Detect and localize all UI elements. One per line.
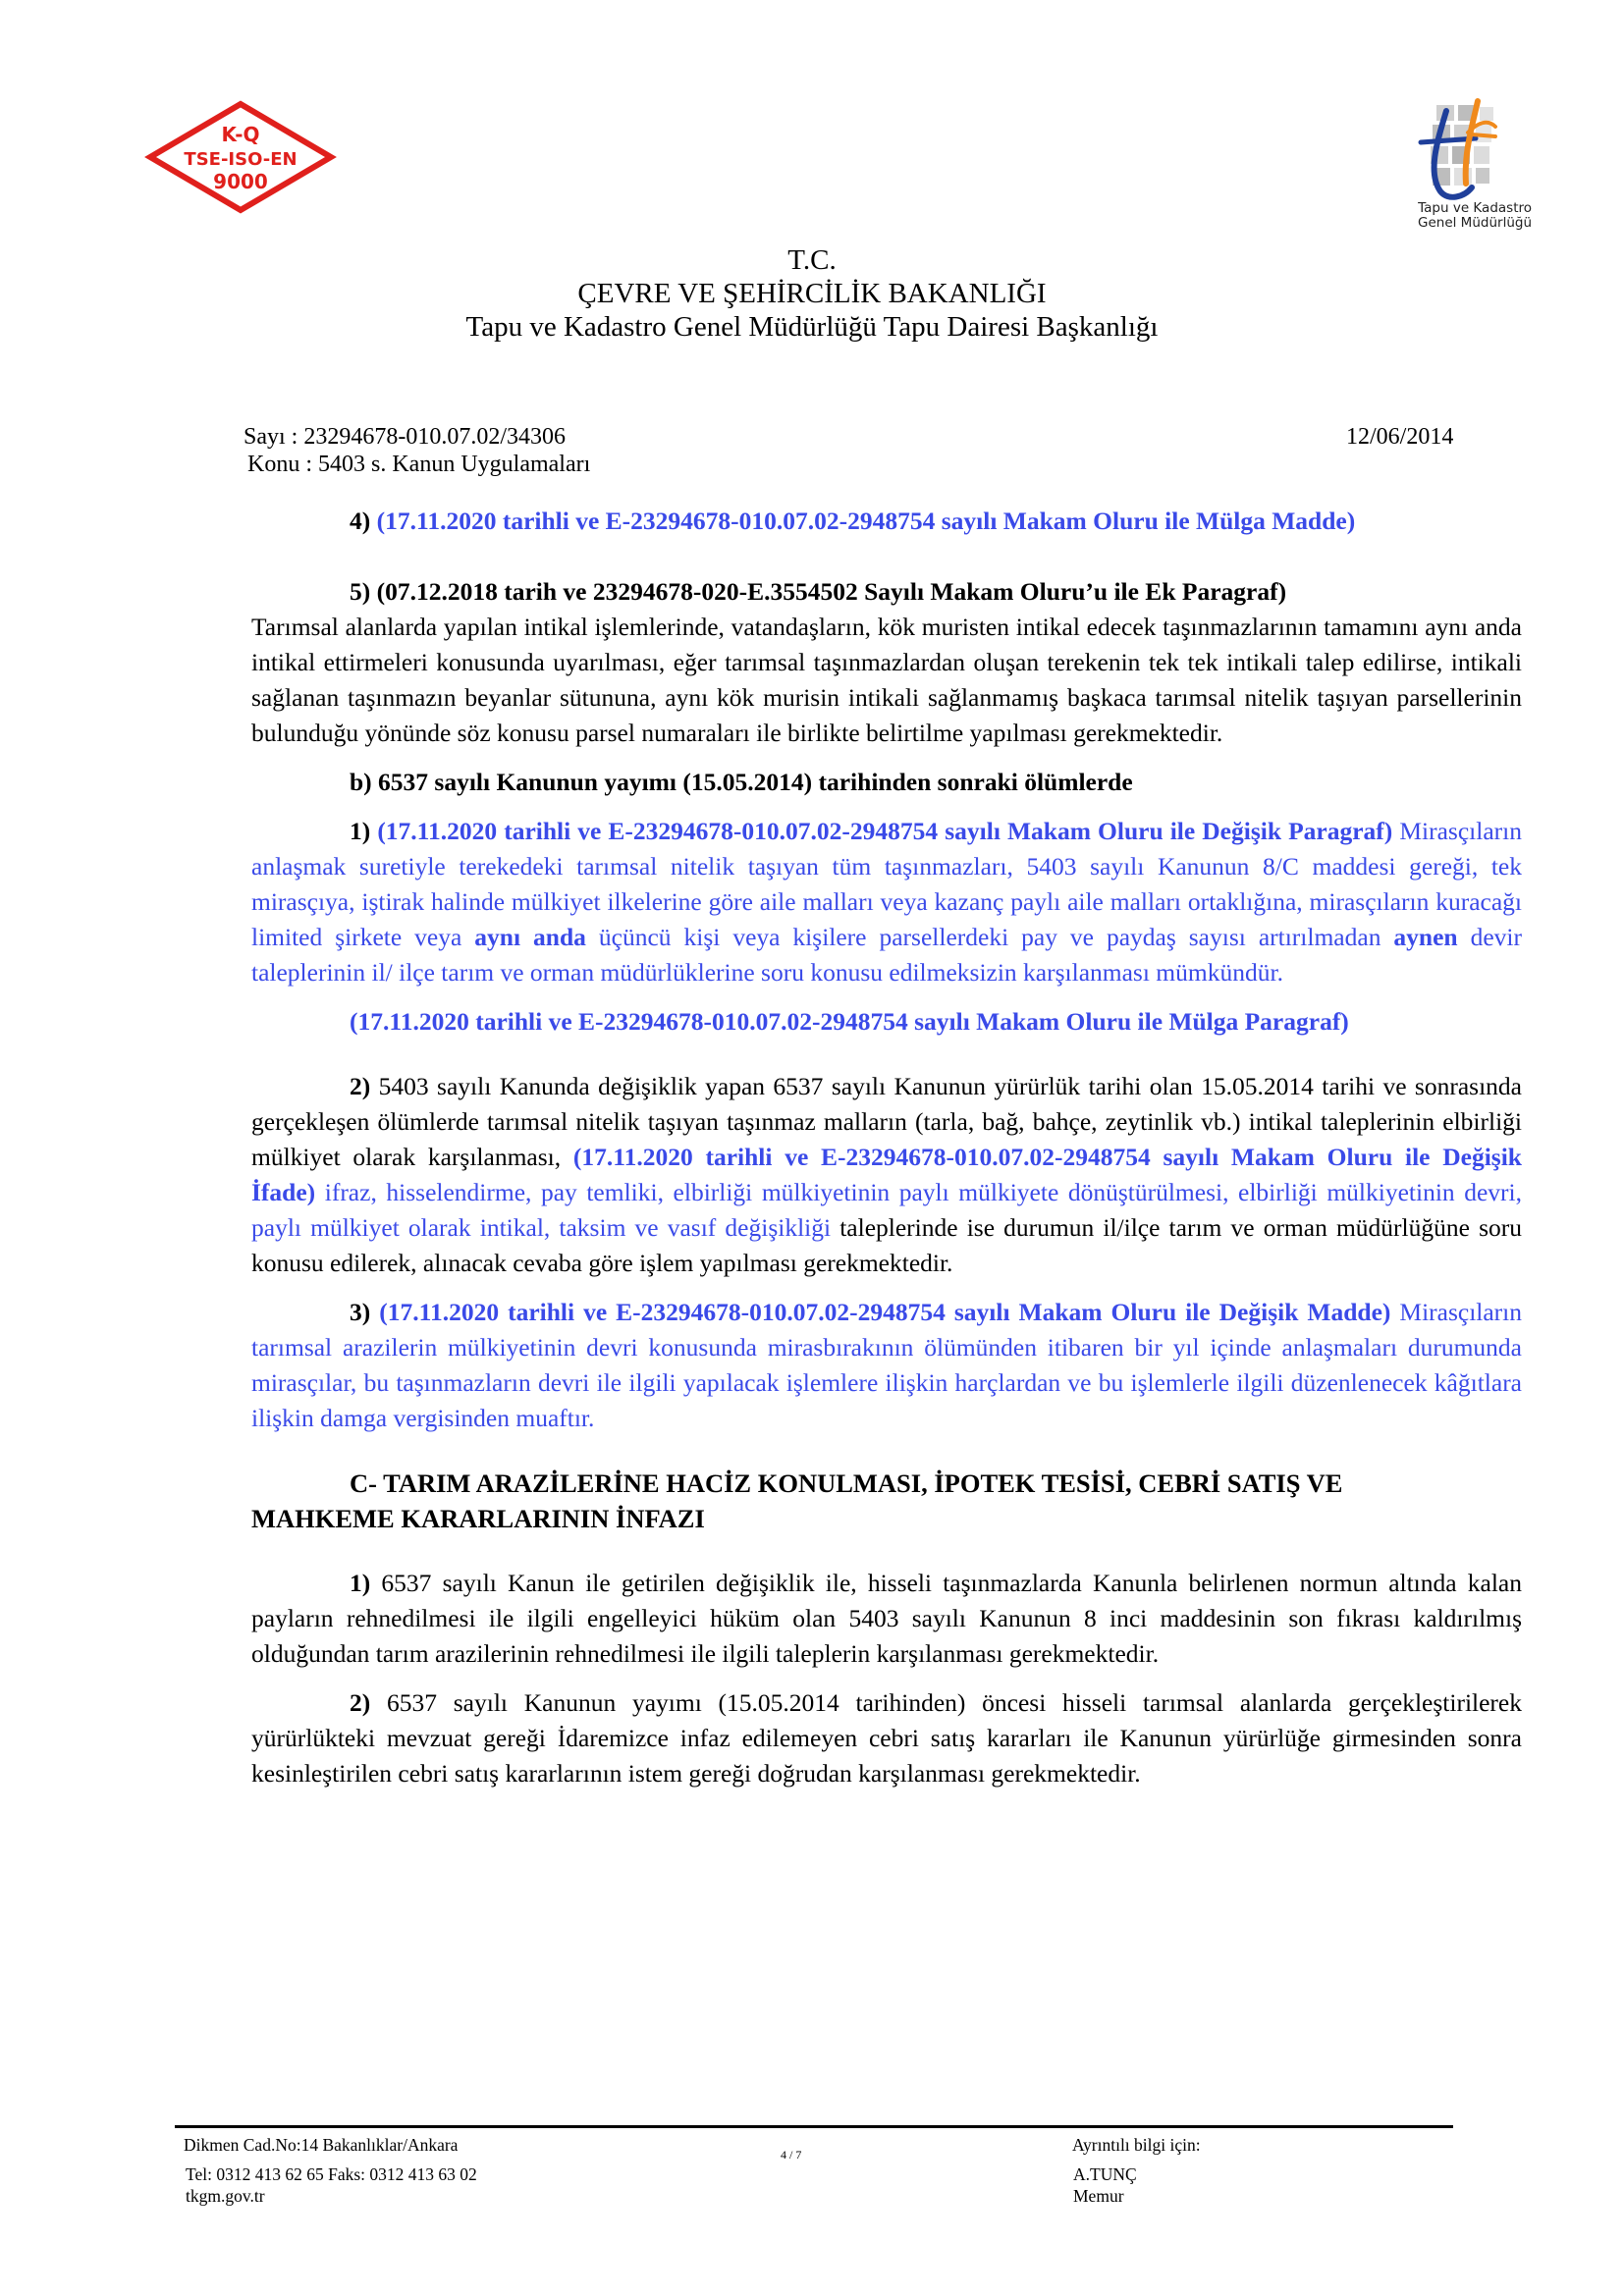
paragraph-a5-heading: 5) (07.12.2018 tarih ve 23294678-020-E.3… [251, 574, 1522, 610]
paragraph-b-repealed: (17.11.2020 tarihli ve E-23294678-010.07… [251, 1004, 1522, 1040]
section-b-heading: b) 6537 sayılı Kanunun yayımı (15.05.201… [251, 765, 1522, 800]
item-number: 4) [350, 507, 370, 535]
item-number: 1) [350, 817, 370, 845]
badge-line-2: TSE-ISO-EN [184, 149, 297, 170]
amendment-note: (17.11.2020 tarihli ve E-23294678-010.07… [370, 1298, 1390, 1326]
footer-phone: Tel: 0312 413 62 65 Faks: 0312 413 63 02 [186, 2163, 477, 2185]
badge-line-3: 9000 [213, 170, 268, 193]
paragraph-b3: 3) (17.11.2020 tarihli ve E-23294678-010… [251, 1295, 1522, 1436]
header-tc: T.C. [0, 243, 1624, 277]
footer-info-label: Ayrıntılı bilgi için: [1072, 2134, 1201, 2156]
emphasis-text: aynı anda [474, 923, 586, 951]
footer-address: Dikmen Cad.No:14 Bakanlıklar/Ankara [184, 2134, 458, 2156]
footer-divider [175, 2125, 1453, 2128]
amended-text: üçüncü kişi veya kişilere parsellerdeki … [586, 923, 1394, 951]
document-number: Sayı : 23294678-010.07.02/34306 [244, 423, 566, 451]
logo-caption-line1: Tapu ve Kadastro [1375, 201, 1532, 216]
item-number: 3) [350, 1298, 370, 1326]
section-c-heading-line1: C- TARIM ARAZİLERİNE HACİZ KONULMASI, İP… [251, 1466, 1522, 1501]
item-number: 2) [350, 1688, 370, 1717]
footer-contact-name: A.TUNÇ [1073, 2163, 1137, 2185]
header-department: Tapu ve Kadastro Genel Müdürlüğü Tapu Da… [0, 310, 1624, 344]
document-subject: Konu : 5403 s. Kanun Uygulamaları [247, 451, 590, 478]
tse-iso-quality-badge-icon: K-Q TSE-ISO-EN 9000 [142, 98, 339, 216]
tkgm-logo-icon [1370, 93, 1537, 201]
paragraph-b2: 2) 5403 sayılı Kanunda değişiklik yapan … [251, 1069, 1522, 1281]
amendment-note: (17.11.2020 tarihli ve E-23294678-010.07… [370, 817, 1392, 845]
section-c-heading-line2: MAHKEME KARARLARININ İNFAZI [251, 1501, 1522, 1536]
item-number: 1) [350, 1569, 370, 1597]
amendment-note: (17.11.2020 tarihli ve E-23294678-010.07… [370, 507, 1355, 535]
paragraph-a4: 4) (17.11.2020 tarihli ve E-23294678-010… [251, 504, 1522, 539]
item-number: 2) [350, 1072, 370, 1100]
emphasis-text: aynen [1393, 923, 1457, 951]
paragraph-text: 6537 sayılı Kanunun yayımı (15.05.2014 t… [251, 1688, 1522, 1788]
paragraph-b1: 1) (17.11.2020 tarihli ve E-23294678-010… [251, 814, 1522, 990]
footer-website[interactable]: tkgm.gov.tr [186, 2185, 265, 2207]
paragraph-text: 6537 sayılı Kanun ile getirilen değişikl… [251, 1569, 1522, 1668]
page-number: 4 / 7 [781, 2148, 801, 2163]
logo-caption-line2: Genel Müdürlüğü [1375, 216, 1532, 231]
paragraph-c1: 1) 6537 sayılı Kanun ile getirilen değiş… [251, 1566, 1522, 1672]
paragraph-a5-text: Tarımsal alanlarda yapılan intikal işlem… [251, 610, 1522, 751]
header-ministry: ÇEVRE VE ŞEHİRCİLİK BAKANLIĞI [0, 277, 1624, 310]
tkgm-logo: Tapu ve Kadastro Genel Müdürlüğü [1370, 93, 1537, 240]
paragraph-c2: 2) 6537 sayılı Kanunun yayımı (15.05.201… [251, 1685, 1522, 1791]
document-date: 12/06/2014 [1346, 423, 1453, 451]
document-body: 4) (17.11.2020 tarihli ve E-23294678-010… [251, 504, 1522, 1791]
badge-line-1: K-Q [221, 123, 259, 146]
footer-contact-title: Memur [1073, 2185, 1124, 2207]
